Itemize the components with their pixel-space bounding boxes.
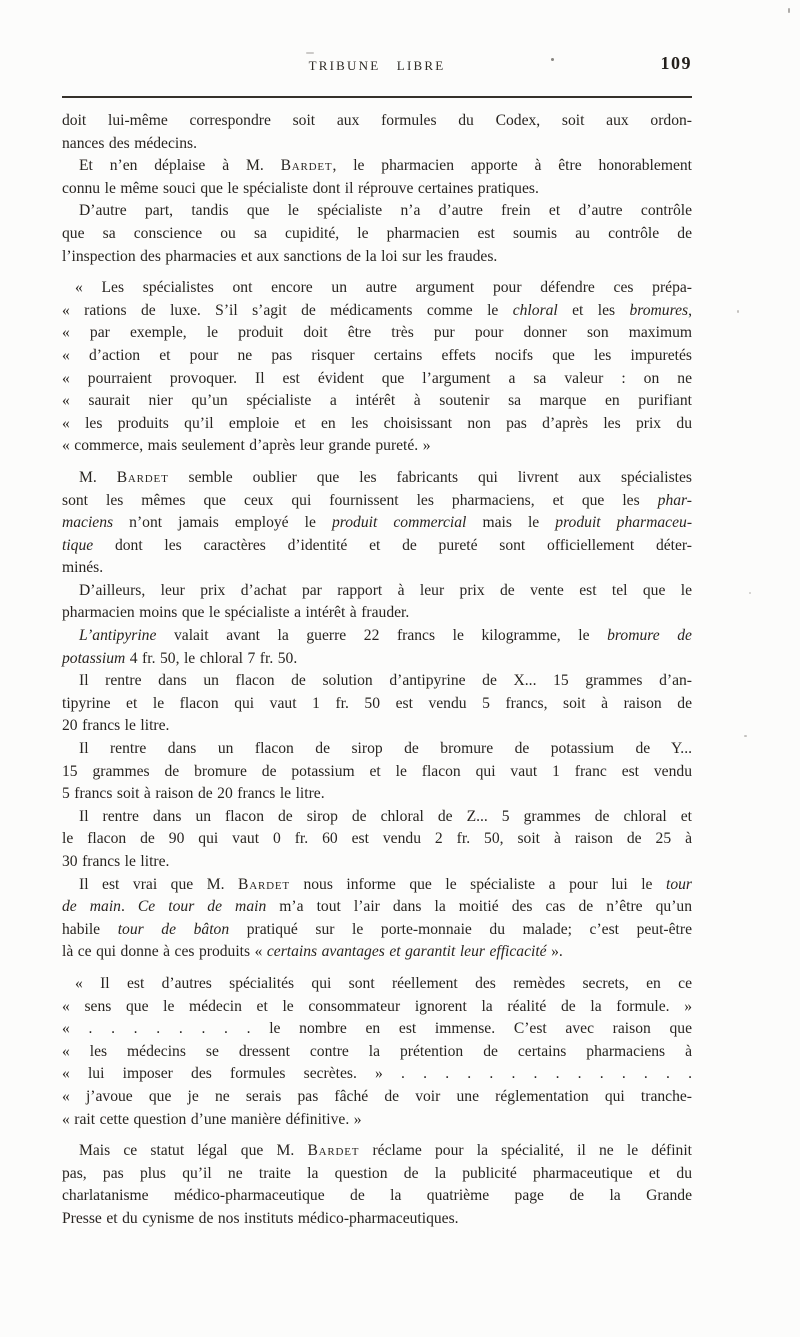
text-line: « j’avoue que je ne serais pas fâché de … xyxy=(62,1086,692,1109)
text-line: « d’action et pour ne pas risquer certai… xyxy=(62,345,692,368)
text-line: pas, pas plus qu’il ne traite la questio… xyxy=(62,1163,692,1186)
journal-page: TRIBUNE LIBRE 109 doit lui-même correspo… xyxy=(0,0,800,1337)
text-line: D’ailleurs, leur prix d’achat par rappor… xyxy=(62,580,692,603)
page-number: 109 xyxy=(661,53,693,74)
text-line: Et n’en déplaise à M. Bardet, le pharmac… xyxy=(62,155,692,178)
text-line: « lui imposer des formules secrètes. » .… xyxy=(62,1063,692,1086)
text-line: charlatanisme médico-pharmaceutique de l… xyxy=(62,1185,692,1208)
text-line: habile tour de bâton pratiqué sur le por… xyxy=(62,919,692,942)
text-line: maciens n’ont jamais employé le produit … xyxy=(62,512,692,535)
running-header: TRIBUNE LIBRE 109 xyxy=(62,58,692,82)
text-line: 20 francs le litre. xyxy=(62,715,692,738)
header-title: TRIBUNE LIBRE xyxy=(62,58,692,74)
text-line: tique dont les caractères d’identité et … xyxy=(62,535,692,558)
scan-speck xyxy=(306,52,314,54)
text-line: tipyrine et le flacon qui vaut 1 fr. 50 … xyxy=(62,693,692,716)
text-line: L’antipyrine valait avant la guerre 22 f… xyxy=(62,625,692,648)
paragraph: Il rentre dans un flacon de sirop de chl… xyxy=(62,806,692,874)
text-line: M. Bardet semble oublier que les fabrica… xyxy=(62,467,692,490)
text-line: Il est vrai que M. Bardet nous informe q… xyxy=(62,874,692,897)
scan-speck xyxy=(744,735,747,737)
text-line: « pourraient provoquer. Il est évident q… xyxy=(62,368,692,391)
text-line: nances des médecins. xyxy=(62,133,692,156)
paragraph: M. Bardet semble oublier que les fabrica… xyxy=(62,467,692,580)
paragraph: doit lui-même correspondre soit aux form… xyxy=(62,110,692,155)
text-line: minés. xyxy=(62,557,692,580)
text-line: 30 francs le litre. xyxy=(62,851,692,874)
text-line: pharmacien moins que le spécialiste a in… xyxy=(62,602,692,625)
text-line: D’autre part, tandis que le spécialiste … xyxy=(62,200,692,223)
scan-speck xyxy=(551,58,554,61)
paragraph: Il est vrai que M. Bardet nous informe q… xyxy=(62,874,692,964)
paragraph: Il rentre dans un flacon de solution d’a… xyxy=(62,670,692,738)
text-line: « Il est d’autres spécialités qui sont r… xyxy=(62,973,692,996)
text-line: « . . . . . . . . le nombre en est immen… xyxy=(62,1018,692,1041)
text-line: le flacon de 90 qui vaut 0 fr. 60 est ve… xyxy=(62,828,692,851)
text-line: Mais ce statut légal que M. Bardet récla… xyxy=(62,1140,692,1163)
scan-speck xyxy=(749,592,751,594)
quote-paragraph: « Les spécialistes ont encore un autre a… xyxy=(62,277,692,458)
text-line: « rait cette question d’une manière défi… xyxy=(62,1109,692,1132)
paragraph: D’autre part, tandis que le spécialiste … xyxy=(62,200,692,268)
text-line: connu le même souci que le spécialiste d… xyxy=(62,178,692,201)
quote-paragraph: « Il est d’autres spécialités qui sont r… xyxy=(62,973,692,1131)
text-line: doit lui-même correspondre soit aux form… xyxy=(62,110,692,133)
text-line: « Les spécialistes ont encore un autre a… xyxy=(62,277,692,300)
paragraph: L’antipyrine valait avant la guerre 22 f… xyxy=(62,625,692,670)
text-line: 5 francs soit à raison de 20 francs le l… xyxy=(62,783,692,806)
text-line: « par exemple, le produit doit être très… xyxy=(62,322,692,345)
text-line: « saurait nier qu’un spécialiste a intér… xyxy=(62,390,692,413)
text-line: sont les mêmes que ceux qui fournissent … xyxy=(62,490,692,513)
text-line: « les médecins se dressent contre la pré… xyxy=(62,1041,692,1064)
text-line: que sa conscience ou sa cupidité, le pha… xyxy=(62,223,692,246)
scan-speck xyxy=(788,8,790,13)
scan-speck xyxy=(737,310,739,313)
text-line: « les produits qu’il emploie et en les c… xyxy=(62,413,692,436)
paragraph: Et n’en déplaise à M. Bardet, le pharmac… xyxy=(62,155,692,200)
text-line: Il rentre dans un flacon de sirop de chl… xyxy=(62,806,692,829)
page-body: doit lui-même correspondre soit aux form… xyxy=(62,110,692,1231)
header-rule xyxy=(62,96,692,98)
paragraph: D’ailleurs, leur prix d’achat par rappor… xyxy=(62,580,692,625)
text-line: Il rentre dans un flacon de solution d’a… xyxy=(62,670,692,693)
text-line: l’inspection des pharmacies et aux sanct… xyxy=(62,246,692,269)
paragraph: Il rentre dans un flacon de sirop de bro… xyxy=(62,738,692,806)
text-line: Il rentre dans un flacon de sirop de bro… xyxy=(62,738,692,761)
paragraph: Mais ce statut légal que M. Bardet récla… xyxy=(62,1140,692,1230)
text-line: potassium 4 fr. 50, le chloral 7 fr. 50. xyxy=(62,648,692,671)
text-line: « sens que le médecin et le consommateur… xyxy=(62,996,692,1019)
text-line: là ce qui donne à ces produits « certain… xyxy=(62,941,692,964)
text-line: de main. Ce tour de main m’a tout l’air … xyxy=(62,896,692,919)
text-line: 15 grammes de bromure de potassium et le… xyxy=(62,761,692,784)
text-line: « rations de luxe. S’il s’agit de médica… xyxy=(62,300,692,323)
text-line: Presse et du cynisme de nos instituts mé… xyxy=(62,1208,692,1231)
text-line: « commerce, mais seulement d’après leur … xyxy=(62,435,692,458)
